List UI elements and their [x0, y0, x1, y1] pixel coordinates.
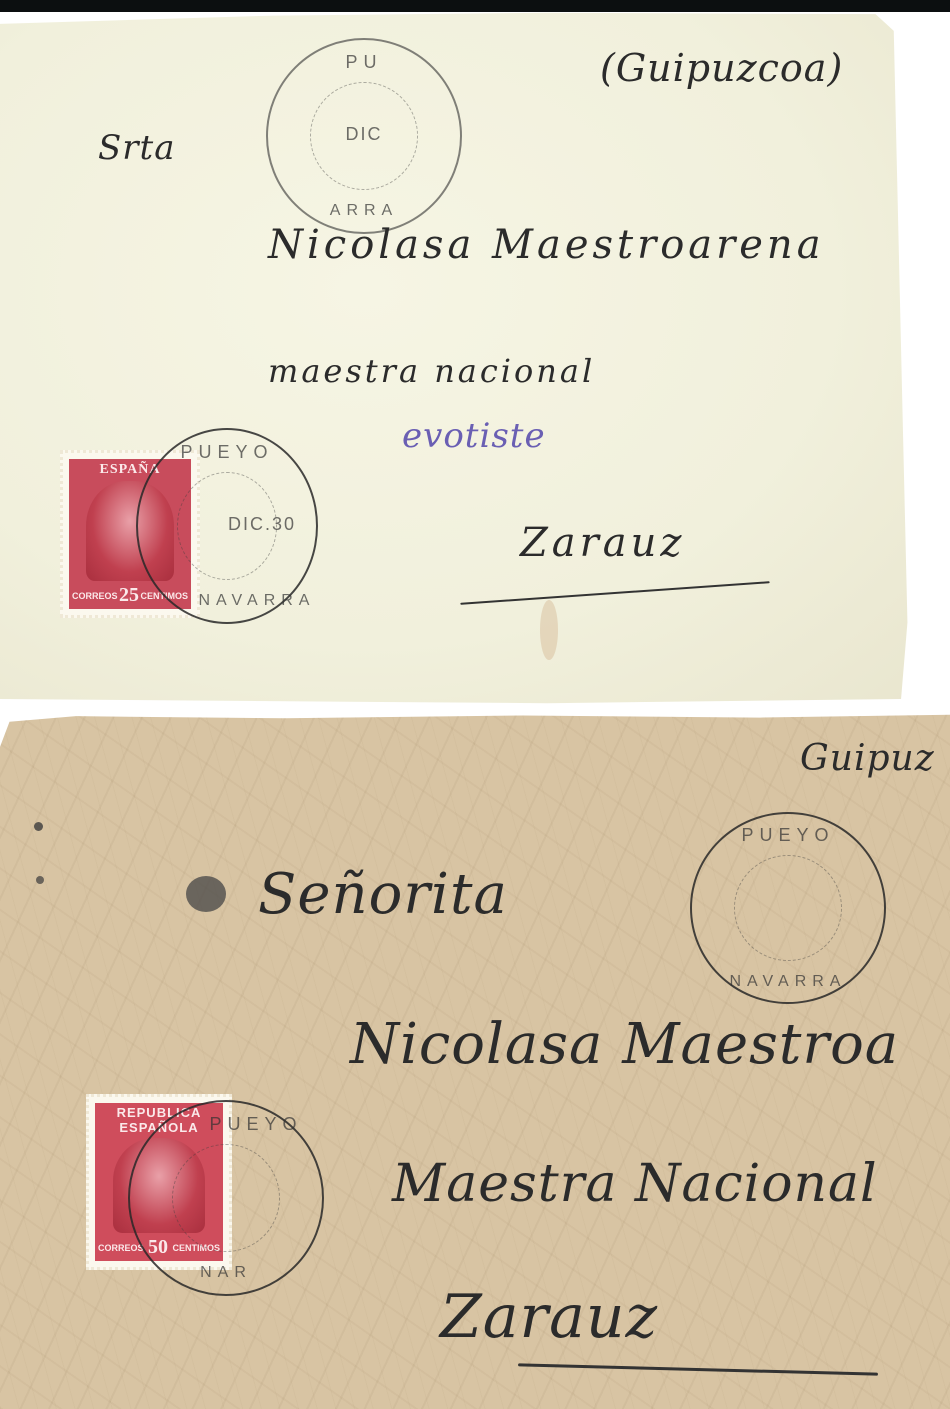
envelope-bottom: Guipuz PUEYO NAVARRA Señorita Nicolasa M… — [0, 712, 950, 1409]
city-text: Zarauz — [520, 520, 685, 566]
salutation-text: Srta — [98, 128, 175, 168]
envelope-top: PU DIC ARRA (Guipuzcoa) Srta Nicolasa Ma… — [0, 10, 912, 706]
postmark-pueyo: PUEYO NAVARRA — [690, 812, 886, 1004]
city-text: Zarauz — [440, 1282, 658, 1352]
recipient-title: maestra nacional — [268, 352, 595, 390]
city-underline — [460, 581, 769, 605]
recipient-name: Nicolasa Maestroa — [350, 1012, 899, 1077]
ink-blot — [186, 876, 226, 912]
postmark-stamp-cancel: PUEYO DIC.30 NAVARRA — [136, 428, 318, 624]
scan-background-edge — [0, 0, 950, 12]
ink-stain — [540, 600, 558, 660]
postmark-top: PU DIC ARRA — [266, 38, 462, 234]
province-text: Guipuz — [800, 738, 935, 779]
postmark-stamp-cancel: PUEYO NAR — [128, 1100, 324, 1296]
province-text: (Guipuzcoa) — [600, 46, 843, 90]
recipient-title: Maestra Nacional — [392, 1154, 878, 1214]
annotation-text: evotiste — [402, 416, 546, 456]
ink-dot — [34, 822, 43, 831]
city-underline — [518, 1363, 878, 1375]
recipient-name: Nicolasa Maestroarena — [268, 222, 825, 268]
ink-dot — [36, 876, 44, 884]
salutation-text: Señorita — [258, 862, 508, 927]
